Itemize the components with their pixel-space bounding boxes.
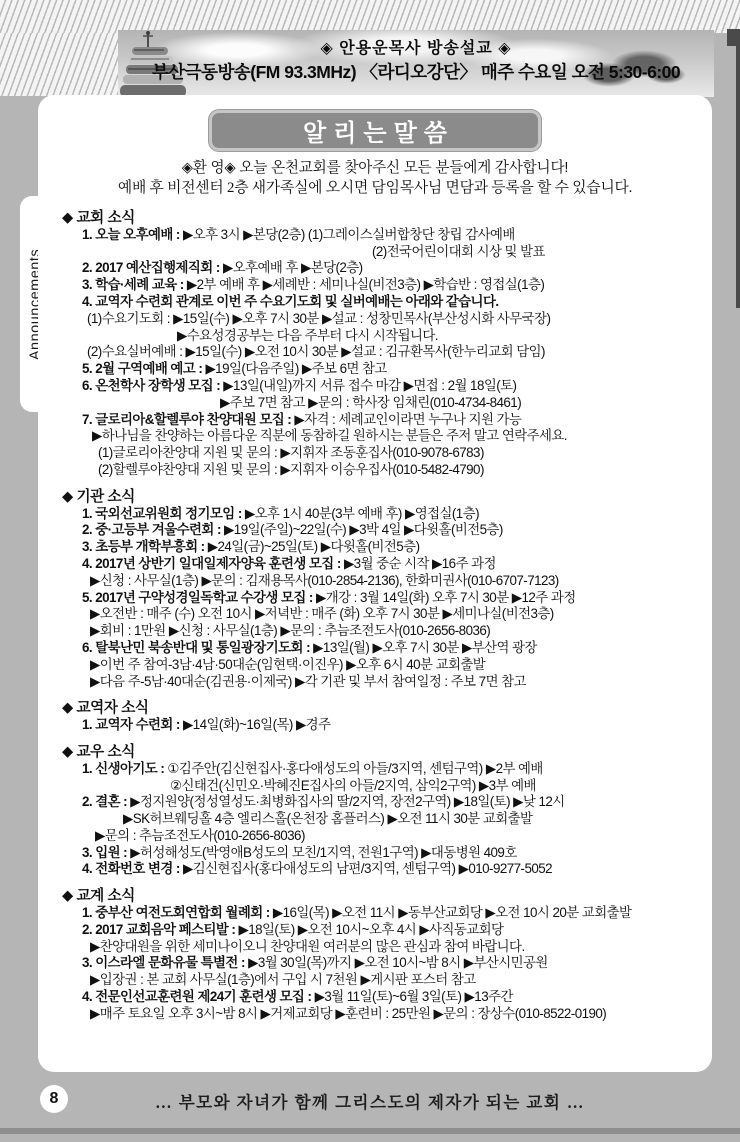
notice-item: 1. 중부산 여전도회연합회 월례회 : ▶16일(목) ▶오전 11시 ▶동부… xyxy=(62,905,702,922)
notice-cont-line: ▶문의 : 추늠조전도사(010-2656-8036) xyxy=(95,828,702,845)
notice-item-label: 6. 온천학사 장학생 모집 : xyxy=(82,378,223,393)
welcome-line-2: 예배 후 비전센터 2층 새가족실에 오시면 담임목사님 면담과 등록을 할 수… xyxy=(38,178,712,199)
notice-item-label: 7. 글로리아&할렐루야 찬양대원 모집 : xyxy=(82,412,294,427)
notice-item: 7. 글로리아&할렐루야 찬양대원 모집 : ▶자격 : 세례교인이라면 누구나… xyxy=(62,412,702,429)
notice-item-label: 4. 전문인선교훈련원 제24기 훈련생 모집 : xyxy=(82,989,315,1004)
notice-item: 3. 초등부 개학부흥회 : ▶24일(금)~25일(토) ▶다윗홀(비전5층) xyxy=(62,539,702,556)
notice-item-label: 3. 초등부 개학부흥회 : xyxy=(82,539,208,554)
notice-cont-line: ▶하나님을 찬양하는 아름다운 직분에 동참하길 원하시는 분들은 주저 말고 … xyxy=(92,428,702,445)
notice-item-label: 5. 2월 구역예배 예고 : xyxy=(82,361,205,376)
notice-item-text: ▶18일(토) ▶오전 10시~오후 4시 ▶사직동교회당 xyxy=(239,922,504,937)
notice-item-text: ▶19일(다음주일) ▶주보 6면 참고 xyxy=(205,361,386,376)
notice-item: 6. 온천학사 장학생 모집 : ▶13일(내일)까지 서류 접수 마감 ▶면접… xyxy=(62,378,702,395)
diagonal-stripes-decoration xyxy=(0,0,740,33)
notice-item: 1. 오늘 오후예배 : ▶오후 3시 ▶본당(2층) (1)그레이스실버합창단… xyxy=(62,227,702,244)
section-title: ◆ 교계 소식 xyxy=(62,888,702,905)
notice-cont-line: ▶매주 토요일 오후 3시~밤 8시 ▶거제교회당 ▶훈련비 : 25만원 ▶문… xyxy=(90,1006,702,1023)
notice-item: 2. 중·고등부 겨울수련회 : ▶19일(주일)~22일(수) ▶3박 4일 … xyxy=(62,522,702,539)
notice-item-text: ▶13일(내일)까지 서류 접수 마감 ▶면접 : 2월 18일(토) xyxy=(223,378,516,393)
notice-item-label: 3. 학습·세례 교육 : xyxy=(82,277,187,292)
notice-cont-line: (1)글로리아찬양대 지원 및 문의 : ▶지휘자 조동훈집사(010-9078… xyxy=(98,445,702,462)
notice-item-label: 3. 입원 : xyxy=(82,845,130,860)
notice-item: 2. 2017 예산집행제직회 : ▶오후예배 후 ▶본당(2층) xyxy=(62,260,702,277)
notice-cont-line: ▶다음 주-5남·40대순(김권용·이제국) ▶각 기관 및 부서 참여일정 :… xyxy=(90,674,702,691)
notice-item-text: ▶3월 30일(목)까지 ▶오전 10시~밤 8시 ▶부산시민공원 xyxy=(248,955,548,970)
notice-cont-line: (2)할렐루야찬양대 지원 및 문의 : ▶지휘자 이승우집사(010-5482… xyxy=(98,462,702,479)
notice-cont-line: ▶이번 주 참여-3남·4남·50대순(임현택·이진우) ▶오후 6시 40분 … xyxy=(90,657,702,674)
notice-item-label: 1. 중부산 여전도회연합회 월례회 : xyxy=(82,905,273,920)
notice-cont-line: ▶회비 : 1만원 ▶신청 : 사무실(1층) ▶문의 : 추늠조전도사(010… xyxy=(90,623,702,640)
content-panel: 알리는말씀 ◈환 영◈ 오늘 온천교회를 찾아주신 모든 분들에게 감사합니다!… xyxy=(38,95,712,1072)
notice-cont-line: ▶오전반 : 매주 (수) 오전 10시 ▶저녁반 : 매주 (화) 오후 7시… xyxy=(90,606,702,623)
notice-item-text: ▶19일(주일)~22일(수) ▶3박 4일 ▶다윗홀(비전5층) xyxy=(224,522,503,537)
sections: ◆ 교회 소식1. 오늘 오후예배 : ▶오후 3시 ▶본당(2층) (1)그레… xyxy=(38,199,712,1023)
notice-cont-line: (2)전국어린이대회 시상 및 발표 xyxy=(372,244,702,261)
notice-item-label: 2. 중·고등부 겨울수련회 : xyxy=(82,522,224,537)
diagonal-stripes-decoration xyxy=(0,33,120,96)
welcome-line-1: ◈환 영◈ 오늘 온천교회를 찾아주신 모든 분들에게 감사합니다! xyxy=(38,158,712,178)
notice-item-text: ▶자격 : 세례교인이라면 누구나 지원 가능 xyxy=(294,412,521,427)
notice-item-text: ▶3월 중순 시작 ▶16주 과정 xyxy=(344,556,496,571)
notice-item-text: ▶오후 1시 40분(3부 예배 후) ▶영접실(1층) xyxy=(245,506,479,521)
scan-artifact xyxy=(727,29,740,46)
header-banner-photo: ◈ 안용운목사 방송설교 ◈ 부산극동방송(FM 93.3MHz) 〈라디오강단… xyxy=(118,30,714,97)
notice-item: 3. 이스라엘 문화유물 특별전 : ▶3월 30일(목)까지 ▶오전 10시~… xyxy=(62,955,702,972)
section-title: ◆ 교회 소식 xyxy=(62,210,702,227)
notice-cont-line: ▶찬양대원을 위한 세미나이오니 찬양대원 여러분의 많은 관심과 참여 바랍니… xyxy=(90,939,702,956)
notice-item-label: 1. 오늘 오후예배 : xyxy=(82,227,183,242)
notice-item-label: 4. 전화번호 변경 : xyxy=(82,861,183,876)
notice-cont-line: ▶신청 : 사무실(1층) ▶문의 : 김재용목사(010-2854-2136)… xyxy=(90,573,702,590)
notice-item-label: 1. 교역자 수련회 : xyxy=(82,717,183,732)
notice-cont-line: ▶입장권 : 본 교회 사무실(1층)에서 구입 시 7천원 ▶게시판 포스터 … xyxy=(90,972,702,989)
scan-edge-band xyxy=(0,1128,740,1134)
notice-item-text: ▶개강 : 3월 14일(화) 오후 7시 30분 ▶12주 과정 xyxy=(316,590,576,605)
section-title: ◆ 기관 소식 xyxy=(62,489,702,506)
notice-cont-line: ②신태건(신민오·박혜진E집사의 아들/2지역, 삼익2구역) ▶3부 예배 xyxy=(170,778,702,795)
notice-item-text: ▶정지원양(정성열성도·최병화집사의 딸/2지역, 장전2구역) ▶18일(토)… xyxy=(130,794,564,809)
notice-item-label: 2. 2017 예산집행제직회 : xyxy=(82,260,223,275)
scan-artifact xyxy=(736,46,740,308)
notice-item-label: 2. 2017 교회음악 페스티발 : xyxy=(82,922,239,937)
notice-item: 4. 전문인선교훈련원 제24기 훈련생 모집 : ▶3월 11일(토)~6월 … xyxy=(62,989,702,1006)
notice-item: 2. 결혼 : ▶정지원양(정성열성도·최병화집사의 딸/2지역, 장전2구역)… xyxy=(62,794,702,811)
section-title: ◆ 교우 소식 xyxy=(62,744,702,761)
notice-item-text: ▶김신현집사(홍다애성도의 남편/3지역, 센텀구역) ▶010-9277-50… xyxy=(183,861,552,876)
notice-item-text: ▶오후예배 후 ▶본당(2층) xyxy=(223,260,363,275)
section-title: ◆ 교역자 소식 xyxy=(62,700,702,717)
notice-item: 1. 교역자 수련회 : ▶14일(화)~16일(목) ▶경주 xyxy=(62,717,702,734)
notice-item-text: ▶13일(월) ▶오후 7시 30분 ▶부산역 광장 xyxy=(313,640,537,655)
church-motto: … 부모와 자녀가 함께 그리스도의 제자가 되는 교회 … xyxy=(0,1089,740,1113)
notice-item-label: 1. 신생아기도 : xyxy=(82,761,167,776)
notice-item-label: 6. 탈북난민 북송반대 및 통일광장기도회 : xyxy=(82,640,313,655)
notice-item-text: ①김주안(김신현집사·홍다애성도의 아들/3지역, 센텀구역) ▶2부 예배 xyxy=(167,761,542,776)
notice-item: 1. 국외선교위원회 정기모임 : ▶오후 1시 40분(3부 예배 후) ▶영… xyxy=(62,506,702,523)
notice-item: 2. 2017 교회음악 페스티발 : ▶18일(토) ▶오전 10시~오후 4… xyxy=(62,922,702,939)
notice-item: 3. 입원 : ▶허성해성도(박영애B성도의 모친/1지역, 전원1구역) ▶대… xyxy=(62,845,702,862)
welcome-block: ◈환 영◈ 오늘 온천교회를 찾아주신 모든 분들에게 감사합니다! 예배 후 … xyxy=(38,158,712,199)
notice-item-text: ▶14일(화)~16일(목) ▶경주 xyxy=(183,717,330,732)
notice-cont-line: ▶주보 7면 참고 ▶문의 : 학사장 임채린(010-4734-8461) xyxy=(220,395,702,412)
notice-item-label: 5. 2017년 구약성경일독학교 수강생 모집 : xyxy=(82,590,316,605)
notice-item-label: 3. 이스라엘 문화유물 특별전 : xyxy=(82,955,248,970)
notice-cont-line: (2)수요실버예배 : ▶15일(수) ▶오전 10시 30분 ▶설교 : 김규… xyxy=(87,344,702,361)
notice-item: 4. 2017년 상반기 일대일제자양육 훈련생 모집 : ▶3월 중순 시작 … xyxy=(62,556,702,573)
notice-item-text: ▶3월 11일(토)~6월 3일(토) ▶13주간 xyxy=(315,989,513,1004)
page-title: 알리는말씀 xyxy=(296,113,454,148)
page-title-box: 알리는말씀 xyxy=(209,110,541,151)
notice-item: 4. 교역자 수련회 관계로 이번 주 수요기도회 및 실버예배는 아래와 같습… xyxy=(62,294,702,311)
notice-item-label: 1. 국외선교위원회 정기모임 : xyxy=(82,506,245,521)
notice-item-label: 4. 2017년 상반기 일대일제자양육 훈련생 모집 : xyxy=(82,556,344,571)
notice-item-label: 4. 교역자 수련회 관계로 이번 주 수요기도회 및 실버예배는 아래와 같습… xyxy=(82,294,499,309)
notice-item: 5. 2월 구역예배 예고 : ▶19일(다음주일) ▶주보 6면 참고 xyxy=(62,361,702,378)
notice-item-text: ▶24일(금)~25일(토) ▶다윗홀(비전5층) xyxy=(208,539,420,554)
notice-cont-line: ▶수요성경공부는 다음 주부터 다시 시작됩니다. xyxy=(177,328,702,345)
notice-item-text: ▶허성해성도(박영애B성도의 모친/1지역, 전원1구역) ▶대동병원 409호 xyxy=(130,845,516,860)
notice-item: 4. 전화번호 변경 : ▶김신현집사(홍다애성도의 남편/3지역, 센텀구역)… xyxy=(62,861,702,878)
notice-cont-line: (1)수요기도회 : ▶15일(수) ▶오후 7시 30분 ▶설교 : 성창민목… xyxy=(87,311,702,328)
notice-item-text: ▶2부 예배 후 ▶세례반 : 세미나실(비전3층) ▶학습반 : 영접실(1층… xyxy=(187,277,544,292)
notice-item: 3. 학습·세례 교육 : ▶2부 예배 후 ▶세례반 : 세미나실(비전3층)… xyxy=(62,277,702,294)
notice-item: 6. 탈북난민 북송반대 및 통일광장기도회 : ▶13일(월) ▶오후 7시 … xyxy=(62,640,702,657)
broadcast-sermon-title: ◈ 안용운목사 방송설교 ◈ xyxy=(118,35,714,58)
notice-item-text: ▶16일(목) ▶오전 11시 ▶동부산교회당 ▶오전 10시 20분 교회출발 xyxy=(273,905,632,920)
notice-item-text: ▶오후 3시 ▶본당(2층) (1)그레이스실버합창단 창립 감사예배 xyxy=(183,227,515,242)
notice-item: 1. 신생아기도 : ①김주안(김신현집사·홍다애성도의 아들/3지역, 센텀구… xyxy=(62,761,702,778)
broadcast-schedule: 부산극동방송(FM 93.3MHz) 〈라디오강단〉 매주 수요일 오전 5:3… xyxy=(118,59,714,84)
notice-cont-line: ▶SK허브웨딩홀 4층 엘리스홀(온천장 홈플러스) ▶오전 11시 30분 교… xyxy=(123,811,702,828)
notice-item-label: 2. 결혼 : xyxy=(82,794,130,809)
bulletin-page: ◈ 안용운목사 방송설교 ◈ 부산극동방송(FM 93.3MHz) 〈라디오강단… xyxy=(0,0,740,1142)
notice-item: 5. 2017년 구약성경일독학교 수강생 모집 : ▶개강 : 3월 14일(… xyxy=(62,590,702,607)
